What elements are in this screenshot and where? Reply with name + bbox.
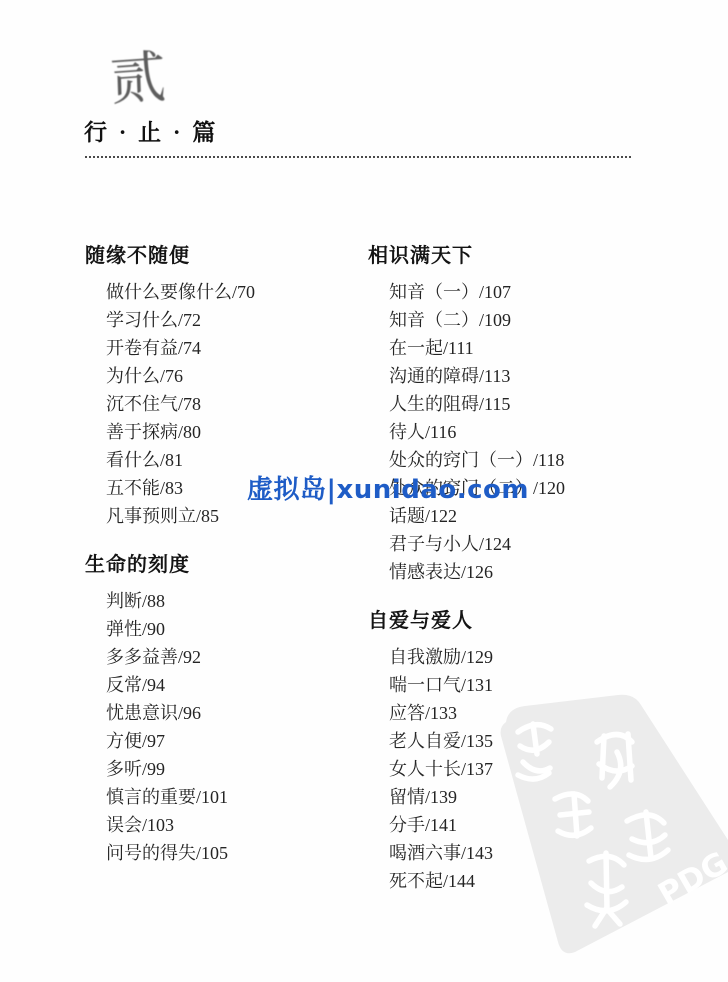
book-page: 贰 行 · 止 · 篇 随缘不随便做什么要像什么/70学习什么/72开卷有益/7… (0, 0, 728, 982)
toc-item: 喘一口气/131 (389, 671, 688, 699)
toc-item: 弹性/90 (106, 615, 368, 643)
toc-item: 做什么要像什么/70 (106, 278, 368, 306)
toc-item: 误会/103 (106, 811, 368, 839)
toc-item: 自我激励/129 (389, 643, 688, 671)
toc-item: 处众的窍门（一）/118 (389, 446, 688, 474)
toc-item: 开卷有益/74 (106, 334, 368, 362)
toc-list: 自我激励/129喘一口气/131应答/133老人自爱/135女人十长/137留情… (368, 643, 688, 895)
toc-item: 反常/94 (106, 671, 368, 699)
toc-item: 为什么/76 (106, 362, 368, 390)
toc-item: 多听/99 (106, 755, 368, 783)
toc-item: 死不起/144 (389, 867, 688, 895)
toc-item: 多多益善/92 (106, 643, 368, 671)
toc-item: 看什么/81 (106, 446, 368, 474)
toc-section: 自爱与爱人自我激励/129喘一口气/131应答/133老人自爱/135女人十长/… (368, 609, 688, 895)
toc-column-right: 相识满天下知音（一）/107知音（二）/109在一起/111沟通的障碍/113人… (368, 244, 688, 918)
toc-item: 君子与小人/124 (389, 530, 688, 558)
table-of-contents: 随缘不随便做什么要像什么/70学习什么/72开卷有益/74为什么/76沉不住气/… (85, 244, 688, 918)
toc-item: 知音（一）/107 (389, 278, 688, 306)
toc-item: 凡事预则立/85 (106, 502, 368, 530)
toc-section-heading: 相识满天下 (368, 244, 688, 268)
toc-column-left: 随缘不随便做什么要像什么/70学习什么/72开卷有益/74为什么/76沉不住气/… (85, 244, 368, 918)
toc-item: 方便/97 (106, 727, 368, 755)
toc-list: 知音（一）/107知音（二）/109在一起/111沟通的障碍/113人生的阻碍/… (368, 278, 688, 586)
toc-item: 待人/116 (389, 418, 688, 446)
toc-item: 话题/122 (389, 502, 688, 530)
toc-item: 慎言的重要/101 (106, 783, 368, 811)
toc-item: 问号的得失/105 (106, 839, 368, 867)
toc-item: 善于探病/80 (106, 418, 368, 446)
toc-section-heading: 随缘不随便 (85, 244, 368, 268)
toc-section: 相识满天下知音（一）/107知音（二）/109在一起/111沟通的障碍/113人… (368, 244, 688, 586)
dotted-divider (85, 156, 631, 158)
toc-item: 留情/139 (389, 783, 688, 811)
page-title: 行 · 止 · 篇 (84, 114, 218, 147)
toc-item: 沟通的障碍/113 (389, 362, 688, 390)
toc-section: 生命的刻度判断/88弹性/90多多益善/92反常/94忧患意识/96方便/97多… (85, 553, 368, 867)
toc-list: 判断/88弹性/90多多益善/92反常/94忧患意识/96方便/97多听/99慎… (85, 587, 368, 867)
toc-section-heading: 生命的刻度 (85, 553, 368, 577)
toc-item: 沉不住气/78 (106, 390, 368, 418)
section-number-calligraphy: 贰 (109, 50, 167, 110)
site-watermark: 虚拟岛|xunidao.com (247, 477, 529, 503)
toc-item: 情感表达/126 (389, 558, 688, 586)
toc-item: 喝酒六事/143 (389, 839, 688, 867)
toc-item: 知音（二）/109 (389, 306, 688, 334)
toc-item: 判断/88 (106, 587, 368, 615)
toc-item: 分手/141 (389, 811, 688, 839)
toc-item: 忧患意识/96 (106, 699, 368, 727)
toc-item: 女人十长/137 (389, 755, 688, 783)
toc-item: 应答/133 (389, 699, 688, 727)
toc-item: 学习什么/72 (106, 306, 368, 334)
toc-item: 老人自爱/135 (389, 727, 688, 755)
toc-item: 在一起/111 (389, 334, 688, 362)
toc-item: 人生的阻碍/115 (389, 390, 688, 418)
toc-section-heading: 自爱与爱人 (368, 609, 688, 633)
